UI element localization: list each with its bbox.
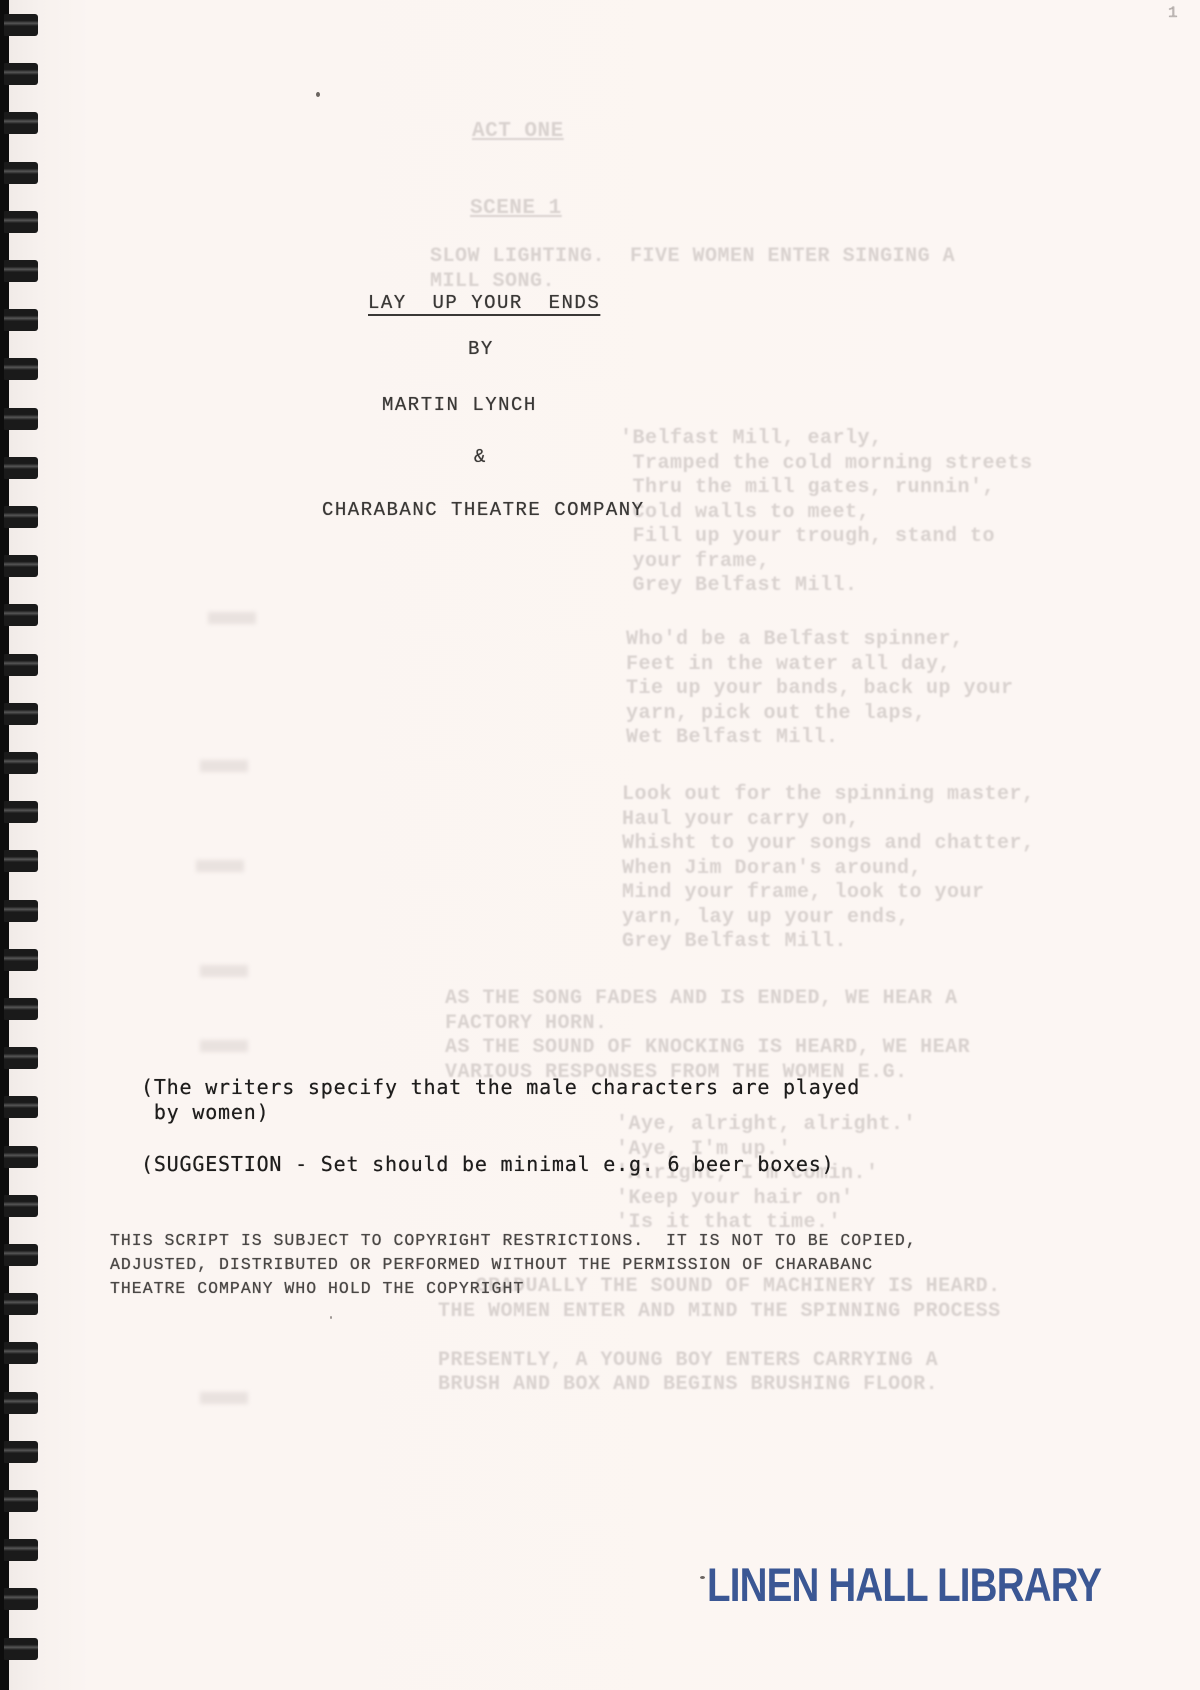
- binding-ring: [4, 112, 38, 134]
- scanned-page: ACT ONE SCENE 1 SLOW LIGHTING. FIVE WOME…: [0, 0, 1200, 1690]
- binding-ring: [4, 604, 38, 626]
- binding-ring: [4, 211, 38, 233]
- by-line: BY: [468, 338, 494, 360]
- binding-ring: [4, 457, 38, 479]
- binding-ring: [4, 1588, 38, 1610]
- staging-suggestion: (SUGGESTION - Set should be minimal e.g.…: [141, 1152, 834, 1177]
- binding-ring: [4, 260, 38, 282]
- binding-ring: [4, 850, 38, 872]
- binding-ring: [4, 752, 38, 774]
- bleed-song-verse-3: Look out for the spinning master, Haul y…: [622, 783, 1035, 955]
- binding-ring: [4, 1490, 38, 1512]
- binding-ring: [4, 1096, 38, 1118]
- bleed-song-verse-1: 'Belfast Mill, early, Tramped the cold m…: [620, 427, 1033, 599]
- company-name: CHARABANC THEATRE COMPANY: [322, 499, 645, 521]
- binding-ring: [4, 1392, 38, 1414]
- binding-ring: [4, 1441, 38, 1463]
- play-title: LAY UP YOUR ENDS: [368, 292, 600, 314]
- binding-ring: [4, 654, 38, 676]
- binding-ring: [4, 1342, 38, 1364]
- binding-ring: [4, 506, 38, 528]
- binding-ring: [4, 358, 38, 380]
- binding-ring: [4, 801, 38, 823]
- page-marker: 1: [1168, 4, 1179, 22]
- binding-spine: [0, 0, 9, 1690]
- copyright-notice: THIS SCRIPT IS SUBJECT TO COPYRIGHT REST…: [110, 1229, 917, 1301]
- binding-ring: [4, 998, 38, 1020]
- bleed-stage-direction-1: SLOW LIGHTING. FIVE WOMEN ENTER SINGING …: [430, 245, 955, 294]
- casting-note: (The writers specify that the male chara…: [141, 1075, 860, 1125]
- binding-ring: [4, 1539, 38, 1561]
- linen-hall-library-stamp: LINEN HALL LIBRARY: [707, 1557, 1101, 1612]
- binding-ring: [4, 1195, 38, 1217]
- bleed-character-label: [200, 760, 248, 772]
- binding-ring: [4, 555, 38, 577]
- bleed-heading-act: ACT ONE: [472, 120, 564, 145]
- scan-speck: [700, 1576, 705, 1579]
- scan-speck: [330, 1316, 332, 1319]
- binding-ring: [4, 14, 38, 36]
- binding-ring: [4, 1146, 38, 1168]
- bleed-character-label: [200, 1040, 248, 1052]
- bleed-character-label: [200, 965, 248, 977]
- bleed-character-label: [196, 860, 244, 872]
- binding-ring: [4, 63, 38, 85]
- binding-ring: [4, 949, 38, 971]
- bleed-stage-direction-2: AS THE SONG FADES AND IS ENDED, WE HEAR …: [445, 987, 970, 1085]
- bleed-song-verse-2: Who'd be a Belfast spinner, Feet in the …: [626, 628, 1014, 751]
- binding-ring: [4, 1293, 38, 1315]
- spiral-binding: [0, 0, 40, 1690]
- binding-ring: [4, 900, 38, 922]
- binding-ring: [4, 408, 38, 430]
- binding-ring: [4, 309, 38, 331]
- scan-speck: [316, 92, 320, 97]
- binding-ring: [4, 1638, 38, 1660]
- bleed-character-label: [200, 1392, 248, 1404]
- bleed-character-label: [208, 612, 256, 624]
- binding-ring: [4, 703, 38, 725]
- binding-ring: [4, 1244, 38, 1266]
- binding-ring: [4, 162, 38, 184]
- binding-ring: [4, 1047, 38, 1069]
- bleed-heading-scene: SCENE 1: [470, 197, 562, 222]
- ampersand: &: [474, 446, 487, 468]
- author-name: MARTIN LYNCH: [382, 394, 537, 416]
